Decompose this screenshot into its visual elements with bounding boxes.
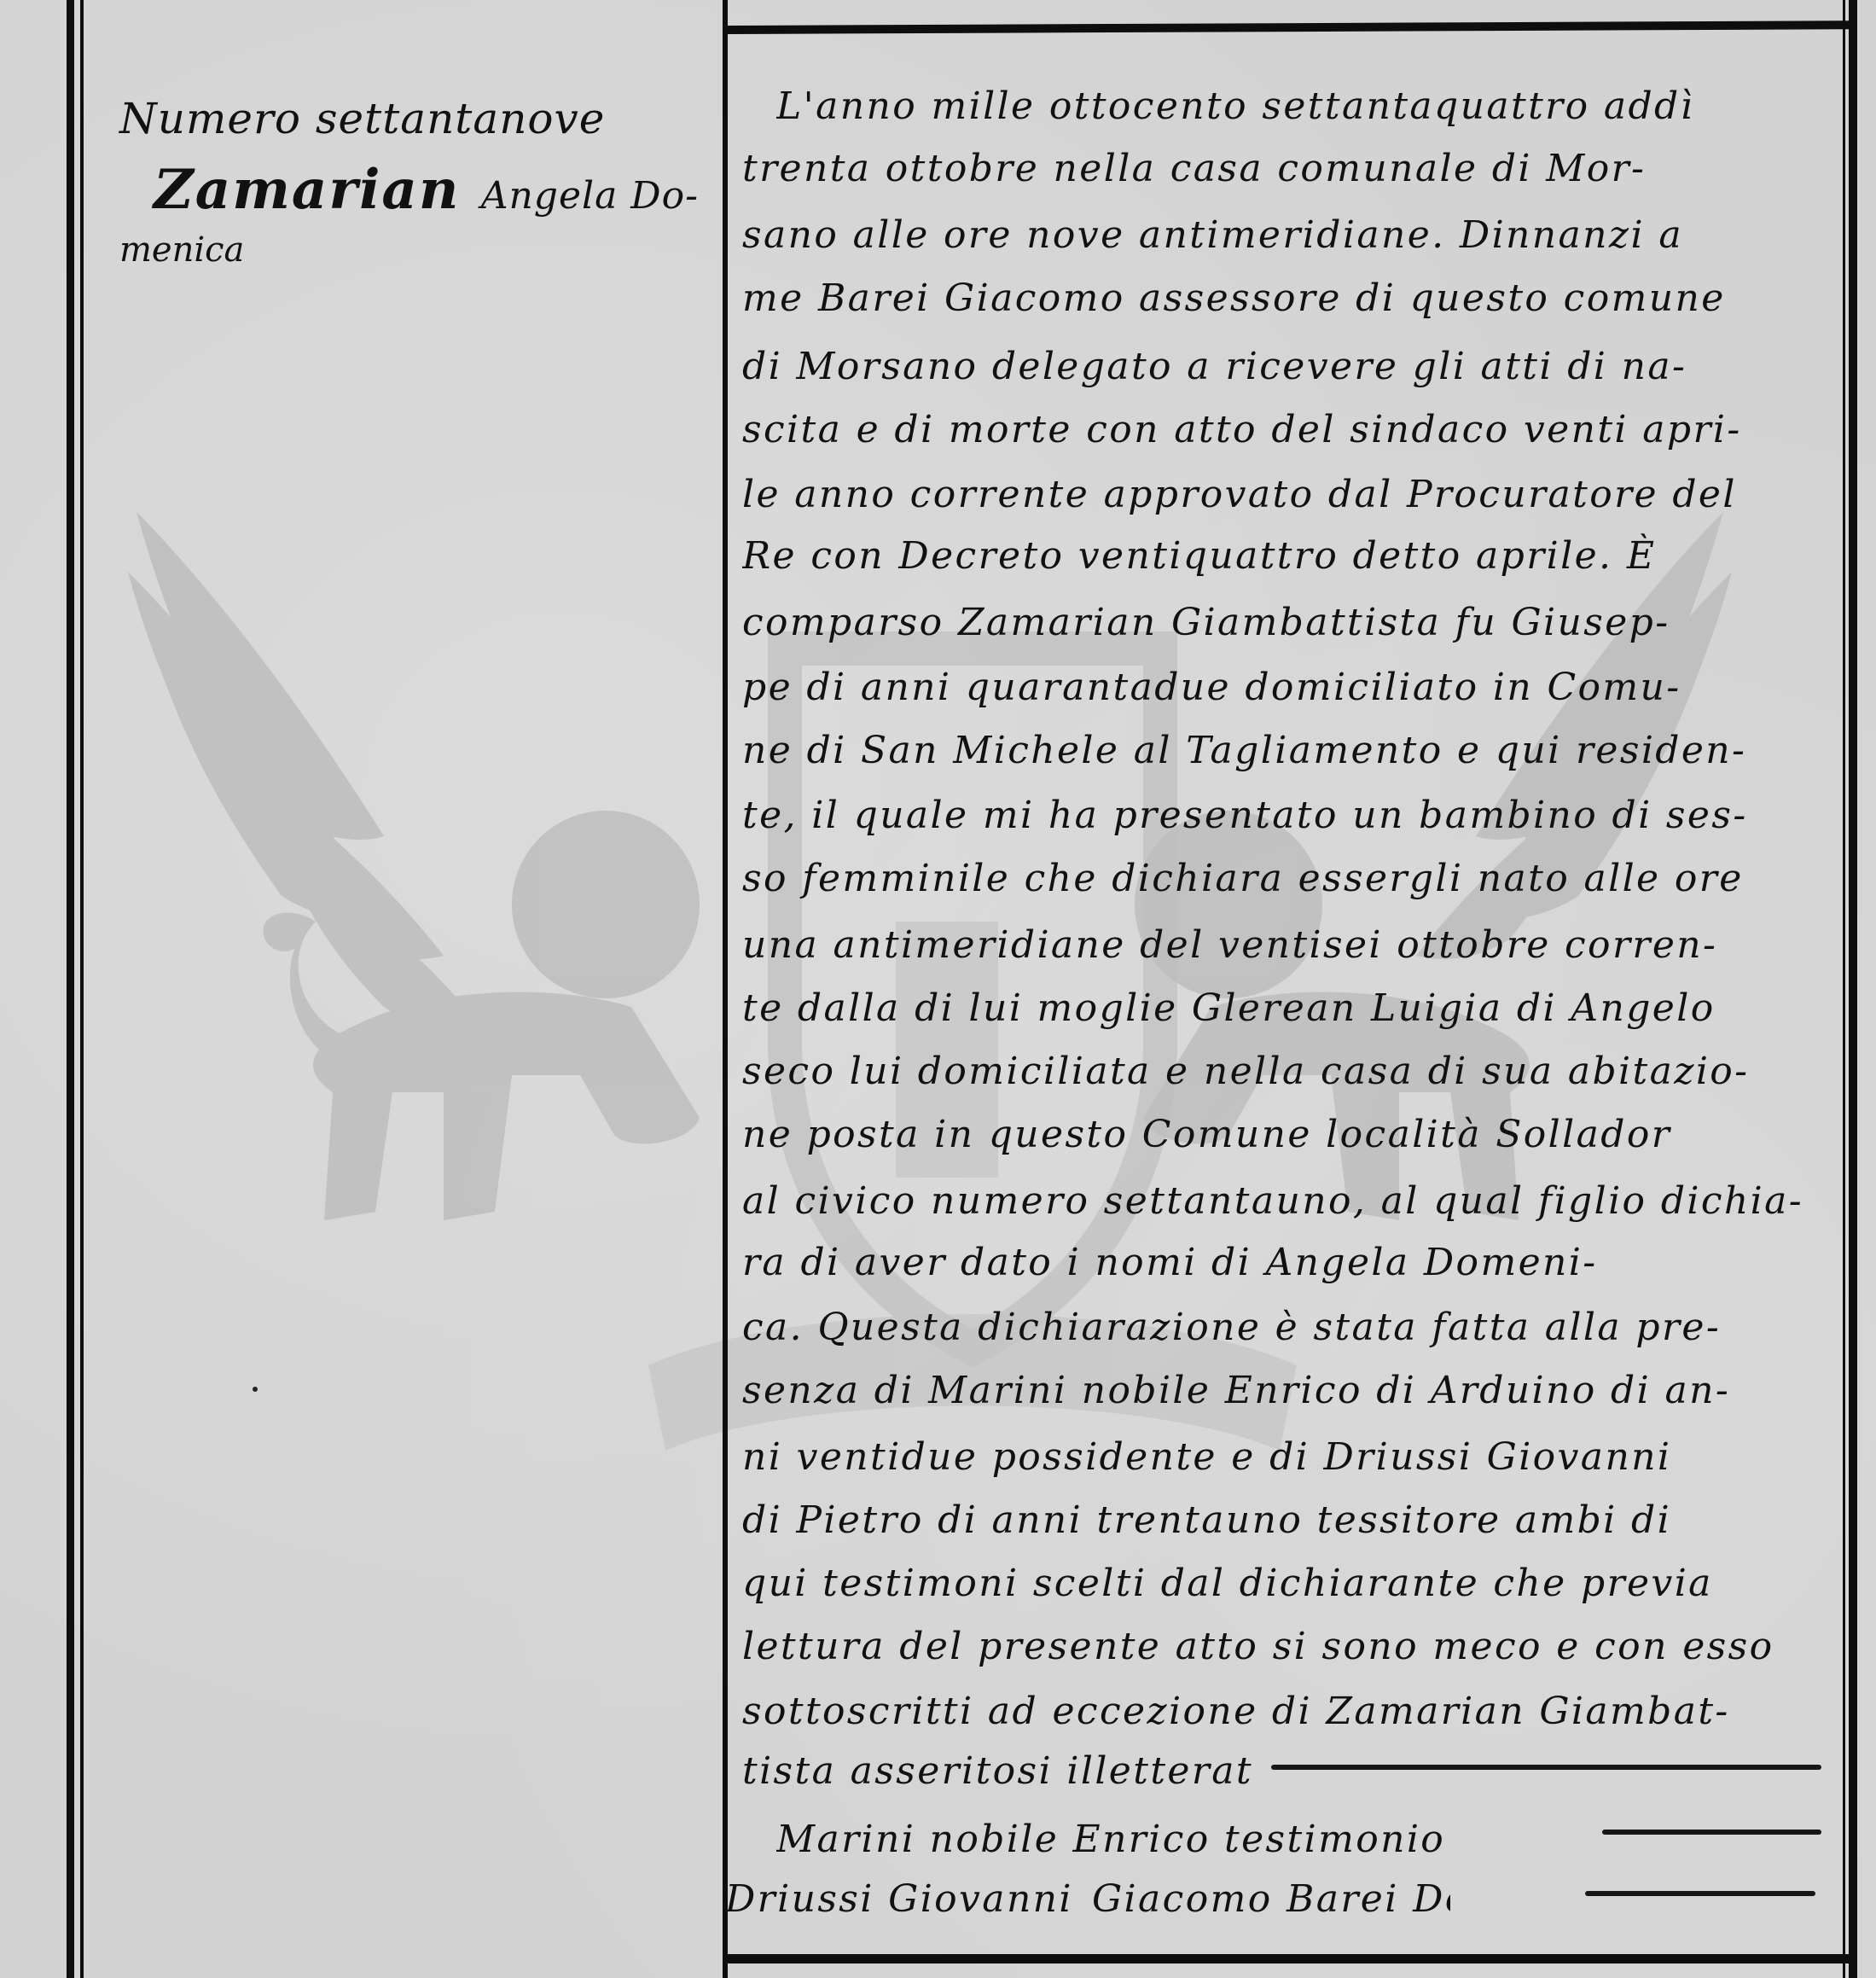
left-border-inner-rule (80, 0, 84, 1978)
official-signature-barei: Giacomo Barei Deleg. (1092, 1874, 1450, 1925)
record-separator-bottom (728, 1954, 1849, 1963)
record-line: una antimeridiane del ventisei ottobre c… (742, 920, 1838, 971)
right-border-outer-rule (1849, 0, 1857, 1978)
witness-signature-driussi: Driussi Giovanni Testimonio (725, 1874, 1083, 1925)
closing-line-3 (1585, 1891, 1815, 1896)
record-line: L'anno mille ottocento settantaquattro a… (776, 81, 1873, 132)
registrant-name: Zamarian Angela Do- (154, 158, 699, 222)
record-line: pe di anni quarantadue domiciliato in Co… (742, 662, 1838, 713)
record-line: ne posta in questo Comune località Solla… (742, 1109, 1838, 1161)
closing-line-1 (1271, 1765, 1821, 1770)
record-line: le anno corrente approvato dal Procurato… (742, 469, 1838, 521)
record-line: al civico numero settantauno, al qual fi… (742, 1176, 1838, 1227)
witness-signature-marini: Marini nobile Enrico testimonio (776, 1814, 1476, 1865)
record-line: Re con Decreto ventiquattro detto aprile… (742, 531, 1838, 582)
record-number: Numero settantanove (119, 94, 605, 143)
record-line: sottoscritti ad eccezione di Zamarian Gi… (742, 1686, 1838, 1737)
record-line: scita e di morte con atto del sindaco ve… (742, 404, 1838, 456)
record-line: seco lui domiciliata e nella casa di sua… (742, 1046, 1838, 1097)
record-line: di Morsano delegato a ricevere gli atti … (742, 341, 1838, 393)
right-border-inner-rule (1843, 0, 1845, 1978)
record-line: ni ventidue possidente e di Driussi Giov… (742, 1432, 1838, 1483)
left-border-outer-rule (67, 0, 74, 1978)
record-line: comparso Zamarian Giambattista fu Giusep… (742, 597, 1838, 649)
record-line: ne di San Michele al Tagliamento e qui r… (742, 725, 1838, 777)
record-line: di Pietro di anni trentauno tessitore am… (742, 1495, 1838, 1546)
registrant-given-names: Angela Do- (481, 174, 699, 218)
closing-line-2 (1602, 1830, 1821, 1835)
record-line: te dalla di lui moglie Glerean Luigia di… (742, 983, 1838, 1034)
record-line: ra di aver dato i nomi di Angela Domeni- (742, 1237, 1838, 1289)
registrant-given-names-continued: menica (119, 230, 244, 270)
record-line: senza di Marini nobile Enrico di Arduino… (742, 1365, 1838, 1417)
record-line: sano alle ore nove antimeridiane. Dinnan… (742, 210, 1838, 261)
record-line: so femminile che dichiara essergli nato … (742, 853, 1838, 905)
record-line: trenta ottobre nella casa comunale di Mo… (742, 143, 1838, 195)
record-line: te, il quale mi ha presentato un bambino… (742, 790, 1838, 841)
ink-spot (253, 1387, 258, 1392)
column-divider-rule (723, 0, 728, 1978)
record-line: qui testimoni scelti dal dichiarante che… (742, 1558, 1838, 1609)
record-line: ca. Questa dichiarazione è stata fatta a… (742, 1302, 1838, 1353)
registrant-surname: Zamarian (154, 158, 460, 222)
record-line: me Barei Giacomo assessore di questo com… (742, 273, 1838, 324)
record-line: lettura del presente atto si sono meco e… (742, 1621, 1838, 1673)
record-line: tista asseritosi illetterato (742, 1746, 1254, 1797)
